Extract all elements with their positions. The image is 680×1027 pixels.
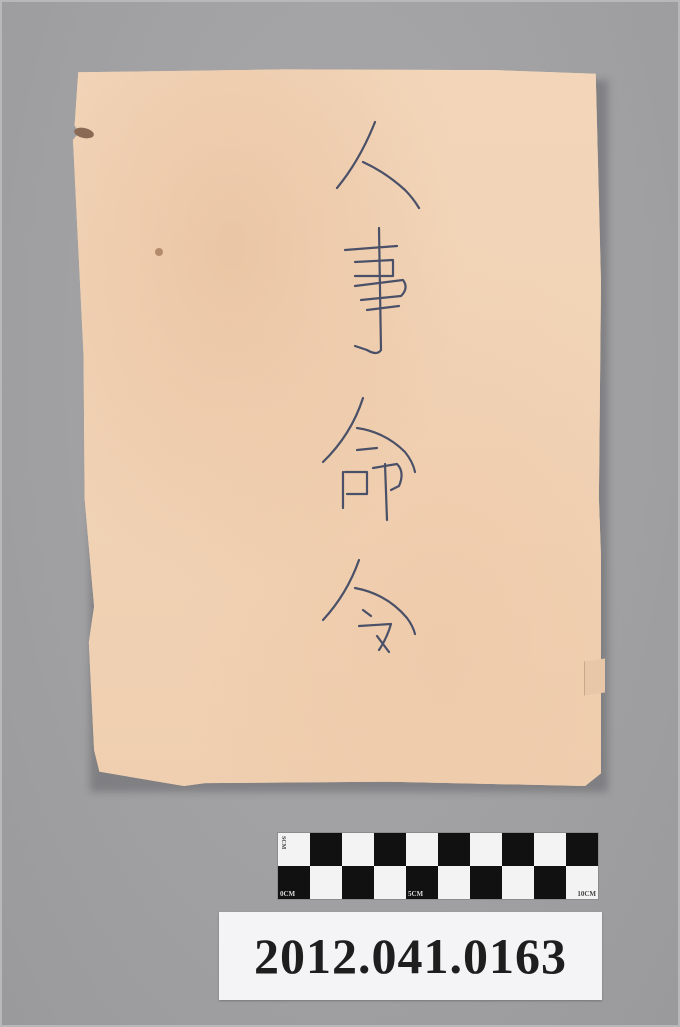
scale-square: 10CM — [566, 866, 598, 899]
scale-square — [470, 833, 502, 866]
scale-square: 5CM — [406, 866, 438, 899]
char-ming — [323, 398, 415, 520]
char-ling — [323, 560, 415, 652]
scale-square — [374, 866, 406, 899]
scale-square — [502, 833, 534, 866]
paper-stain — [155, 248, 163, 256]
accession-number: 2012.041.0163 — [254, 927, 567, 985]
scale-square — [438, 833, 470, 866]
scale-square — [534, 833, 566, 866]
scale-square: SCM — [278, 833, 310, 866]
char-ren — [337, 122, 419, 208]
scale-square — [566, 833, 598, 866]
scale-square — [502, 866, 534, 899]
scale-bar: SCM 0CM 5CM 10CM — [278, 833, 598, 899]
scale-label-10cm: 10CM — [577, 890, 596, 898]
accession-label: 2012.041.0163 — [219, 912, 602, 1000]
paper-fold — [584, 659, 605, 696]
scale-square — [342, 866, 374, 899]
char-shi — [345, 228, 406, 353]
scale-square: 0CM — [278, 866, 310, 899]
scale-label-5cm: 5CM — [408, 890, 423, 898]
scale-square — [374, 833, 406, 866]
scale-square — [310, 833, 342, 866]
scale-square — [438, 866, 470, 899]
scale-square — [342, 833, 374, 866]
handwritten-title: 人事命令 — [315, 110, 445, 670]
scale-square — [406, 833, 438, 866]
scale-square — [310, 866, 342, 899]
scale-label-corner: SCM — [280, 836, 286, 849]
handwriting-strokes — [315, 110, 445, 670]
scale-label-0cm: 0CM — [280, 890, 295, 898]
scale-square — [534, 866, 566, 899]
scale-square — [470, 866, 502, 899]
